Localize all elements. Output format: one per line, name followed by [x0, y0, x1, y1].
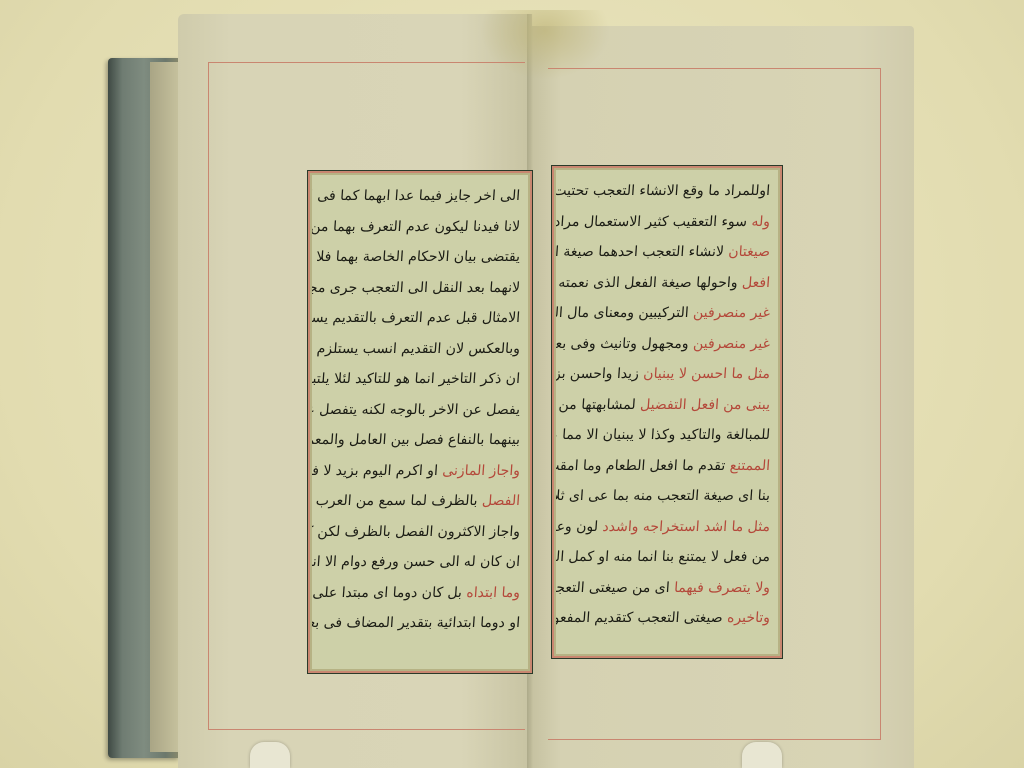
line-text: لون وعيب اى يتوصل بنا: [556, 519, 599, 535]
line-text: ان كان له الى حسن ورفع دوام الا انه لم ي…: [312, 554, 521, 570]
manuscript-line: ولا يتصرف فيهما اى من صيغتى التعجب تقديم…: [563, 573, 771, 604]
manuscript-line: يفصل عن الاخر بالوجه لكنه يتفصل عنه بالق…: [319, 395, 521, 426]
rubric-text: وما ابتداه: [461, 585, 520, 601]
manuscript-line: الامثال قبل عدم التعرف بالتقديم يستلزم ع…: [319, 303, 521, 334]
manuscript-line: وله سوء التعقيب كثير الاستعمال مراد بقاء: [563, 207, 771, 238]
manuscript-line: بنا اى صيغة التعجب منه بما عى اى ثلاثى م…: [563, 481, 771, 512]
manuscript-line: ان ذكر التاخير انما هو للتاكيد لئلا يلتب…: [319, 364, 521, 395]
book-support-left: [250, 742, 290, 768]
line-text: اوللمراد ما وقع الانشاء التعجب تحتيت الا…: [556, 183, 771, 199]
manuscript-line: صيغتان لانشاء التعجب احدهما صيغة الفعل ا…: [563, 237, 771, 268]
manuscript-line: وتاخيره صيغتى التعجب كتقديم المفعول والج…: [563, 603, 771, 634]
manuscript-line: الممتنع تقدم ما افعل الطعام وما امقت الك…: [563, 451, 771, 482]
manuscript-line: الى اخر جايز فيما عدا ابهما كما فى المثل…: [319, 181, 521, 212]
manuscript-line: غير منصرفين ومجهول وتانيث وفى بعض النسخ …: [563, 329, 771, 360]
left-text-block: الى اخر جايز فيما عدا ابهما كما فى المثل…: [312, 175, 528, 669]
line-text: ومجهول وتانيث وفى بعض النسخ وهى اى فعال …: [556, 336, 689, 352]
manuscript-line: مثل ما اشد استخراجه واشدد لون وعيب اى يت…: [563, 512, 771, 543]
manuscript-line: او دوما ابتدائية بتقدير المضاف فى بعض ال…: [319, 608, 521, 639]
manuscript-line: لانا فيدنا ليكون عدم التعرف بهما من جوام…: [319, 212, 521, 243]
rubric-text: وتاخيره: [722, 610, 770, 626]
line-text: واجاز الاكثرون الفصل بالظرف لكن كان مثل …: [312, 524, 521, 540]
rubric-text: يبنى من افعل التفضيل: [635, 397, 770, 413]
line-text: زيدا واحسن بزيد اى فعل التعجب: [556, 366, 639, 382]
manuscript-line: ان كان له الى حسن ورفع دوام الا انه لم ي…: [319, 547, 521, 578]
rubric-text: وله: [746, 214, 770, 230]
rubric-text: مثل ما اشد استخراجه واشدد: [598, 519, 771, 535]
rubric-text: الفصل: [477, 493, 521, 509]
line-text: وبالعكس لان التقديم انسب يستلزم تاخير غي…: [312, 341, 521, 357]
line-text: للمبالغة والتاكيد وكذا لا يبنيان الا مما…: [556, 427, 771, 443]
manuscript-line: وما ابتداه بل كان دوما اى مبتدا على ان ي…: [319, 578, 521, 609]
manuscript-line: الفصل بالظرف لما سمع من العرب فى انهم ما…: [319, 486, 521, 517]
manuscript-line: واجاز الاكثرون الفصل بالظرف لكن كان مثل …: [319, 517, 521, 548]
line-text: بالظرف لما سمع من العرب فى انهم ما احسن …: [312, 493, 478, 509]
line-text: يقتضى بيان الاحكام الخاصة بهما فلا يقال …: [312, 249, 521, 265]
manuscript-line: يبنى من افعل التفضيل لمشابهتها من حيث ان…: [563, 390, 771, 421]
line-text: الى اخر جايز فيما عدا ابهما كما فى المثل…: [312, 188, 521, 204]
manuscript-line: بينهما بالنفاع فصل بين العامل والمعمول ك…: [319, 425, 521, 456]
line-text: لانهما بعد النقل الى التعجب جرى مجرى الا…: [312, 280, 521, 296]
manuscript-line: غير منصرفين التركيبين ومعناى مال التعجب …: [563, 298, 771, 329]
rubric-text: الممتنع: [725, 458, 771, 474]
rubric-text: غير منصرفين: [688, 336, 770, 352]
rubric-text: غير منصرفين: [688, 305, 770, 321]
line-text: تقدم ما افعل الطعام وما امقت الكذب وبتوص…: [556, 458, 726, 474]
book-support-right: [742, 742, 782, 768]
line-text: يفصل عن الاخر بالوجه لكنه يتفصل عنه بالق…: [312, 402, 521, 418]
manuscript-line: افعل واحولها صيغة الفعل الذى نعمته تركيب…: [563, 268, 771, 299]
line-text: بنا اى صيغة التعجب منه بما عى اى ثلاثى م…: [556, 488, 771, 504]
line-text: لمشابهتها من حيث ان كل واحد منهما: [556, 397, 636, 413]
manuscript-line: يقتضى بيان الاحكام الخاصة بهما فلا يقال …: [319, 242, 521, 273]
line-text: اى من صيغتى التعجب تقديم اى لا يقدم جايز…: [556, 580, 670, 596]
manuscript-line: لانهما بعد النقل الى التعجب جرى مجرى الا…: [319, 273, 521, 304]
right-text-block: اوللمراد ما وقع الانشاء التعجب تحتيت الا…: [556, 170, 778, 654]
manuscript-line: للمبالغة والتاكيد وكذا لا يبنيان الا مما…: [563, 420, 771, 451]
line-text: واحولها صيغة الفعل الذى نعمته تركيب بطري…: [556, 275, 738, 291]
line-text: التركيبين ومعناى مال التعجب فلا يستغيران…: [556, 305, 689, 321]
line-text: او اكرم اليوم بزيد لا فرق بينهما جرى الا…: [312, 463, 438, 479]
line-text: لانا فيدنا ليكون عدم التعرف بهما من جوام…: [312, 219, 521, 235]
manuscript-line: واجاز المازنى او اكرم اليوم بزيد لا فرق …: [319, 456, 521, 487]
rubric-text: افعل: [737, 275, 771, 291]
manuscript-line: من فعل لا يمتنع بنا انما منه او كمل المس…: [563, 542, 771, 573]
line-text: الامثال قبل عدم التعرف بالتقديم يستلزم ع…: [312, 310, 521, 326]
manuscript-line: اوللمراد ما وقع الانشاء التعجب تحتيت الا…: [563, 176, 771, 207]
rubric-text: صيغتان: [723, 244, 770, 260]
line-text: من فعل لا يمتنع بنا انما منه او كمل المس…: [556, 549, 771, 565]
rubric-text: ولا يتصرف فيهما: [669, 580, 770, 596]
rubric-text: واجاز المازنى: [437, 463, 520, 479]
line-text: بل كان دوما اى مبتدا على ان يكون المعقد …: [312, 585, 463, 601]
manuscript-line: وبالعكس لان التقديم انسب يستلزم تاخير غي…: [319, 334, 521, 365]
line-text: لانشاء التعجب احدهما صيغة الفعل الذى نعم…: [556, 244, 724, 260]
rubric-text: مثل ما احسن لا يبنيان: [638, 366, 770, 382]
line-text: بينهما بالنفاع فصل بين العامل والمعمول ك…: [312, 432, 521, 448]
line-text: سوء التعقيب كثير الاستعمال مراد بقاء: [556, 214, 748, 230]
line-text: صيغتى التعجب كتقديم المفعول والجار والمج…: [556, 610, 723, 626]
line-text: او دوما ابتدائية بتقدير المضاف فى بعض ال…: [312, 615, 521, 631]
line-text: ان ذكر التاخير انما هو للتاكيد لئلا يلتب…: [312, 371, 521, 387]
manuscript-line: مثل ما احسن لا يبنيان زيدا واحسن بزيد اى…: [563, 359, 771, 390]
